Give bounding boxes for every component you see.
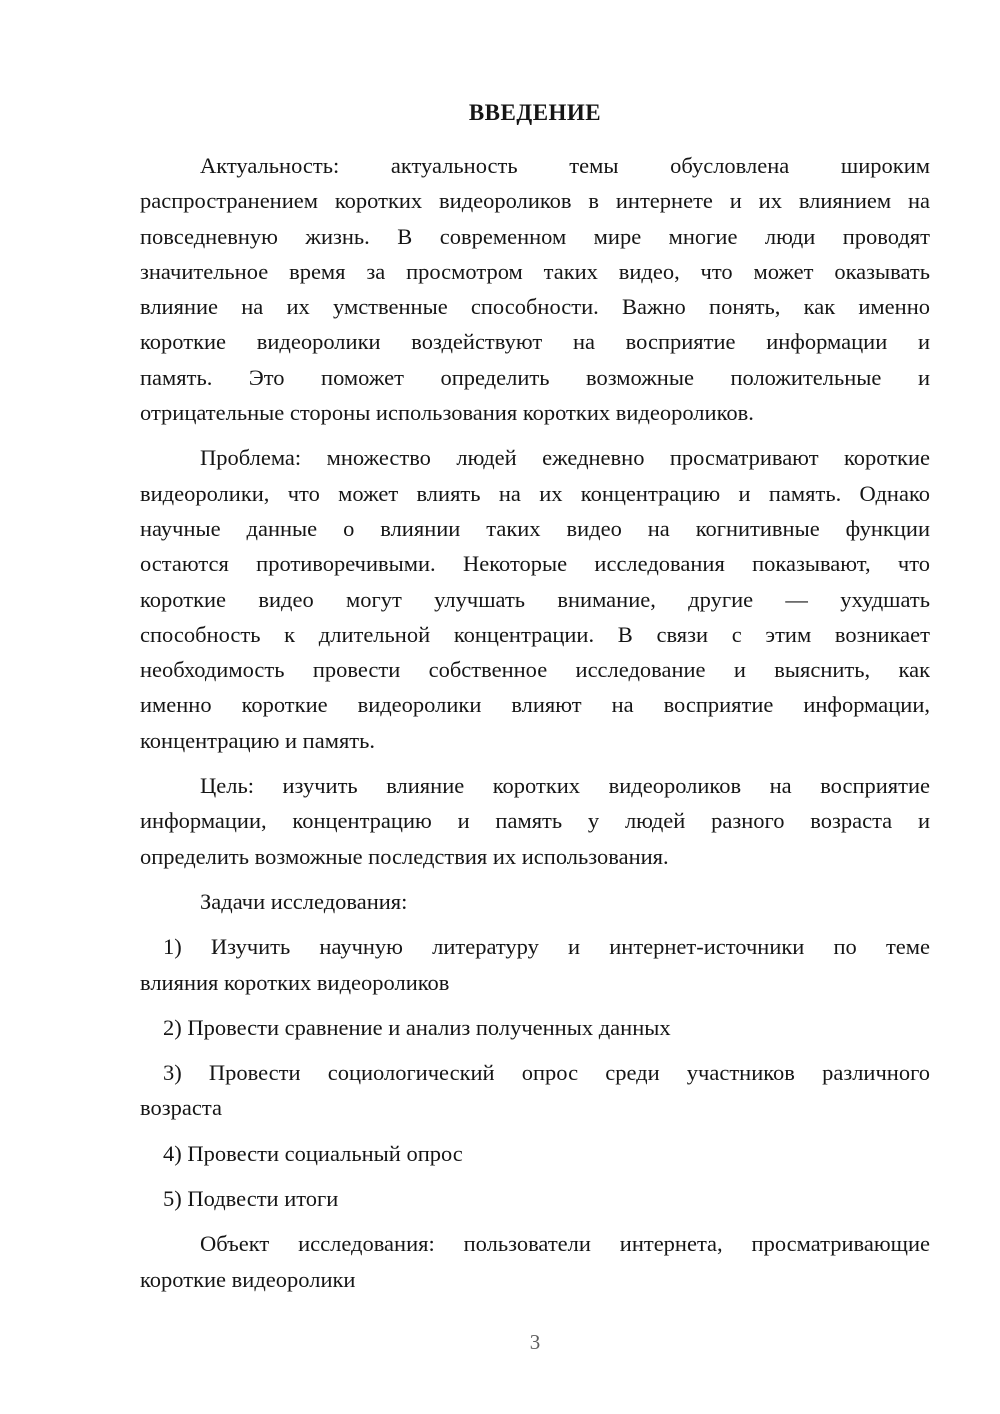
page-title: ВВЕДЕНИЕ — [140, 95, 930, 131]
text-line: Проблема: множество людей ежедневно прос… — [140, 440, 930, 475]
text-line: Задачи исследования: — [140, 884, 930, 919]
text-line: 2) Провести сравнение и анализ полученны… — [140, 1010, 930, 1045]
list-item: 5) Подвести итоги — [140, 1181, 930, 1216]
text-line: именно короткие видеоролики влияют на во… — [140, 687, 930, 722]
text-line: 5) Подвести итоги — [140, 1181, 930, 1216]
paragraph: Проблема: множество людей ежедневно прос… — [140, 440, 930, 758]
text-line: память. Это поможет определить возможные… — [140, 360, 930, 395]
text-line: 1) Изучить научную литературу и интернет… — [140, 929, 930, 964]
text-line: научные данные о влиянии таких видео на … — [140, 511, 930, 546]
text-line: возраста — [140, 1090, 930, 1125]
text-line: Объект исследования: пользователи интерн… — [140, 1226, 930, 1261]
text-line: концентрацию и память. — [140, 723, 930, 758]
text-line: значительное время за просмотром таких в… — [140, 254, 930, 289]
list-item: 2) Провести сравнение и анализ полученны… — [140, 1010, 930, 1045]
paragraph: Цель: изучить влияние коротких видеороли… — [140, 768, 930, 874]
text-line: повседневную жизнь. В современном мире м… — [140, 219, 930, 254]
document-page: ВВЕДЕНИЕ Актуальность: актуальность темы… — [0, 0, 1000, 1414]
text-line: Цель: изучить влияние коротких видеороли… — [140, 768, 930, 803]
paragraph-container: Актуальность: актуальность темы обусловл… — [140, 148, 930, 1297]
text-line: влияния коротких видеороликов — [140, 965, 930, 1000]
text-line: необходимость провести собственное иссле… — [140, 652, 930, 687]
paragraph: Актуальность: актуальность темы обусловл… — [140, 148, 930, 430]
heading-paragraph: Задачи исследования: — [140, 884, 930, 919]
text-line: 4) Провести социальный опрос — [140, 1136, 930, 1171]
text-line: распространением коротких видеороликов в… — [140, 183, 930, 218]
text-line: способность к длительной концентрации. В… — [140, 617, 930, 652]
text-line: 3) Провести социологический опрос среди … — [140, 1055, 930, 1090]
text-line: короткие видеоролики воздействуют на вос… — [140, 324, 930, 359]
text-line: определить возможные последствия их испо… — [140, 839, 930, 874]
text-line: короткие видео могут улучшать внимание, … — [140, 582, 930, 617]
text-line: влияние на их умственные способности. Ва… — [140, 289, 930, 324]
text-line: отрицательные стороны использования коро… — [140, 395, 930, 430]
document-body: ВВЕДЕНИЕ Актуальность: актуальность темы… — [140, 95, 930, 1297]
text-line: видеоролики, что может влиять на их конц… — [140, 476, 930, 511]
text-line: информации, концентрацию и память у люде… — [140, 803, 930, 838]
list-item: 3) Провести социологический опрос среди … — [140, 1055, 930, 1126]
page-number: 3 — [140, 1330, 930, 1355]
text-line: остаются противоречивыми. Некоторые иссл… — [140, 546, 930, 581]
list-item: 1) Изучить научную литературу и интернет… — [140, 929, 930, 1000]
list-item: 4) Провести социальный опрос — [140, 1136, 930, 1171]
text-line: короткие видеоролики — [140, 1262, 930, 1297]
text-line: Актуальность: актуальность темы обусловл… — [140, 148, 930, 183]
paragraph: Объект исследования: пользователи интерн… — [140, 1226, 930, 1297]
